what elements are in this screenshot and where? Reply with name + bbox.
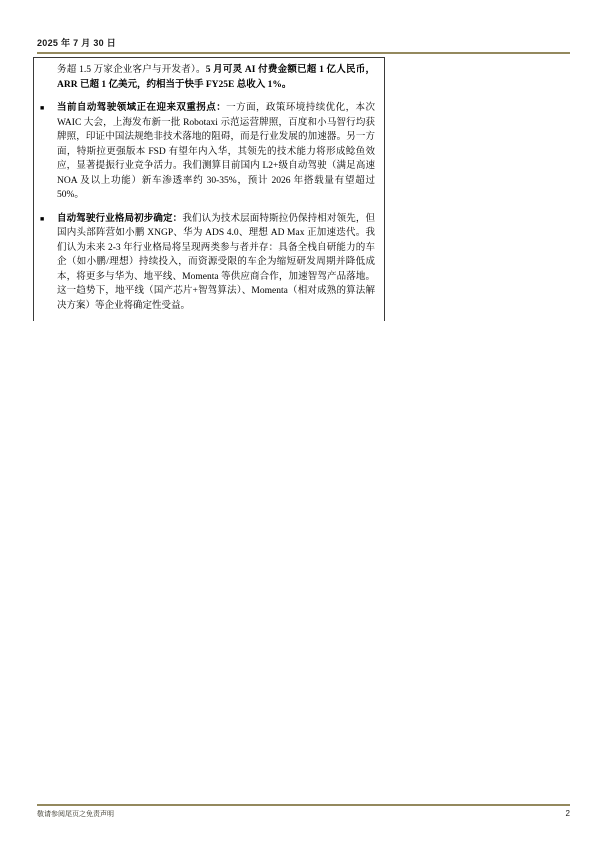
footer-rule <box>37 804 570 806</box>
bullet-item-2-lead: 自动驾驶行业格局初步确定： <box>57 214 182 224</box>
footer-disclaimer: 敬请参阅尾页之免责声明 <box>37 809 114 819</box>
page-footer: 敬请参阅尾页之免责声明 2 <box>37 804 570 819</box>
page-number: 2 <box>566 809 570 818</box>
intro-paragraph: 务超 1.5 万家企业客户与开发者）。5 月可灵 AI 付费金额已超 1 亿人民… <box>57 63 375 92</box>
intro-paragraph-normal: 务超 1.5 万家企业客户与开发者）。 <box>57 65 206 75</box>
summary-text-box: 务超 1.5 万家企业客户与开发者）。5 月可灵 AI 付费金额已超 1 亿人民… <box>33 57 385 321</box>
bullet-item-2-body: 我们认为技术层面特斯拉仍保持相对领先，但国内头部阵营如小鹏 XNGP、华为 AD… <box>57 214 375 311</box>
bullet-item-1-lead: 当前自动驾驶领域正在迎来双重拐点： <box>57 103 226 113</box>
bullet-item-1-text: 当前自动驾驶领域正在迎来双重拐点：一方面，政策环境持续优化，本次 WAIC 大会… <box>57 101 375 203</box>
bullet-item-2-text: 自动驾驶行业格局初步确定：我们认为技术层面特斯拉仍保持相对领先，但国内头部阵营如… <box>57 212 375 314</box>
page-header: 2025 年 7 月 30 日 <box>37 36 570 54</box>
bullet-item-2: ■ 自动驾驶行业格局初步确定：我们认为技术层面特斯拉仍保持相对领先，但国内头部阵… <box>40 212 375 314</box>
header-rule <box>37 52 570 54</box>
report-page: 2025 年 7 月 30 日 务超 1.5 万家企业客户与开发者）。5 月可灵… <box>0 0 595 841</box>
bullet-item-1: ■ 当前自动驾驶领域正在迎来双重拐点：一方面，政策环境持续优化，本次 WAIC … <box>40 101 375 203</box>
bullet-item-1-body: 一方面，政策环境持续优化，本次 WAIC 大会，上海发布新一批 Robotaxi… <box>57 103 375 200</box>
report-date: 2025 年 7 月 30 日 <box>37 36 570 49</box>
bullet-square-icon: ■ <box>40 212 57 314</box>
bullet-square-icon: ■ <box>40 101 57 203</box>
